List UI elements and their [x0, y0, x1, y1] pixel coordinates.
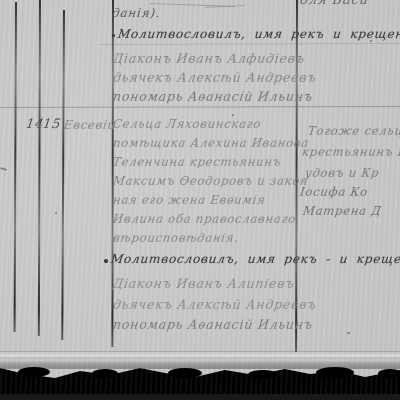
- previous-clergy-ponomar: пономарь Аѳанасій Ильинъ: [112, 91, 314, 104]
- entry-parents-line: вѣроисповѣданія.: [112, 233, 239, 245]
- entry-parents-line: Максимъ Ѳеодоровъ и закон: [112, 176, 309, 188]
- entry-godparents-line: Тогоже сельца: [307, 126, 400, 138]
- entry-rite-line: Молитвословилъ, имя рекъ - и крещеніе с: [110, 253, 400, 265]
- edge-tear-blob: [18, 367, 50, 377]
- entry-godparents-line: крестьянинъ В: [301, 147, 400, 159]
- edge-tear-blob: [92, 369, 118, 378]
- entry-parents-line: Теленчина крестьянинъ: [112, 157, 282, 169]
- scanned-register-page: для Васи данія). Молитвословилъ, имя рек…: [0, 0, 400, 400]
- edge-tear-blob: [378, 369, 400, 378]
- top-cutoff-text: для Васи: [299, 0, 369, 7]
- edge-tear-blob: [168, 368, 202, 378]
- entry-parents-line: Сельца Ляховинскаго: [112, 119, 262, 131]
- ink-speck: [55, 212, 57, 214]
- edge-tear-blob: [316, 367, 354, 378]
- scan-bottom-strip: [0, 394, 400, 400]
- page-edge-shadow-line: [0, 351, 400, 352]
- entry-parents-line: Ивлина оба православнаго: [112, 214, 297, 226]
- entry-godparents-line: удовъ и Кр: [304, 168, 380, 180]
- previous-entry-rite-line: Молитвословилъ, имя рекъ и крещеніе со: [117, 28, 400, 40]
- ink-speck: [370, 40, 372, 42]
- ink-speck: [347, 332, 350, 334]
- ink-speck: [232, 114, 234, 116]
- edge-tear-blob: [248, 370, 278, 379]
- entry-clergy-dyachok: дьячекъ Алексѣй Андреевъ: [112, 299, 317, 312]
- entry-godparents-line: Іосифа Ко: [299, 187, 368, 199]
- previous-clergy-deacon: Діаконъ Иванъ Алфидіевъ: [112, 53, 306, 66]
- entry-parents-line: помѣщика Алехина Иванова: [112, 138, 310, 150]
- ink-dot-icon: [104, 259, 108, 263]
- entry-parents-line: ная его жена Евѳимія: [112, 195, 266, 207]
- entry-baptism-day: 15: [42, 118, 62, 131]
- ink-dot-icon: [112, 34, 115, 37]
- previous-clergy-dyachok: дьячекъ Алексѣй Андреевъ: [112, 72, 317, 85]
- entry-clergy-deacon: Діаконъ Иванъ Алипіевъ: [112, 278, 295, 291]
- entry-child-name: Евсевій: [63, 120, 116, 132]
- entry-clergy-ponomar: пономарь Аѳанасій Ильинъ: [112, 319, 314, 332]
- entry-godparents-line: Матрена Д: [302, 206, 382, 218]
- previous-entry-tail: данія).: [111, 7, 161, 19]
